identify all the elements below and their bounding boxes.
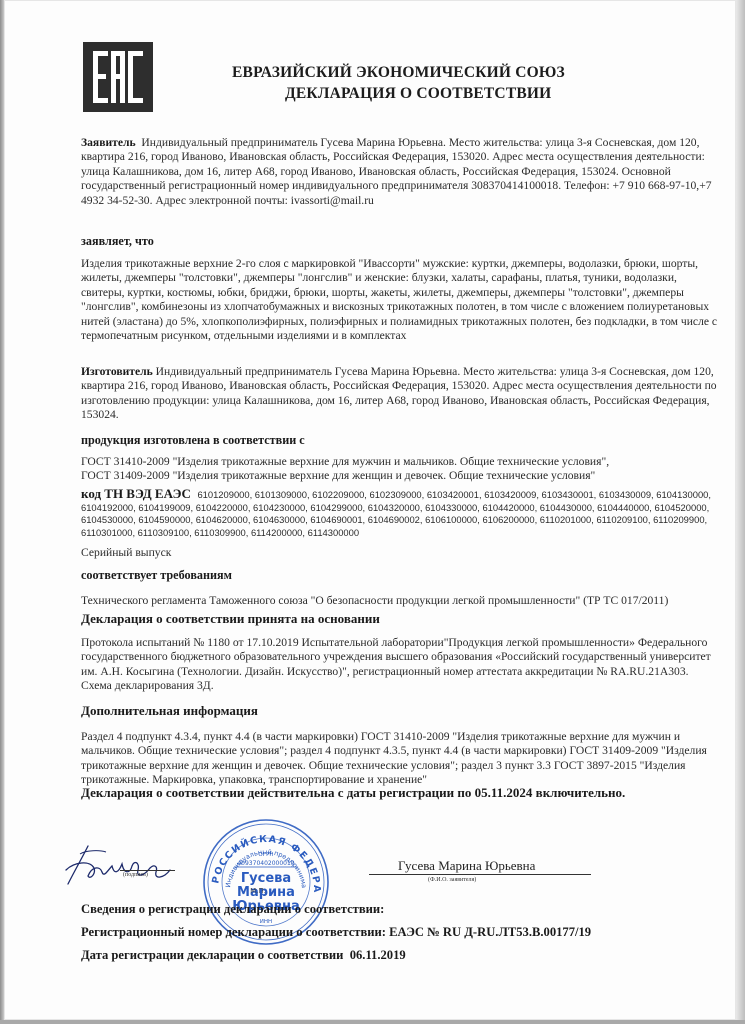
manufacturer-text: Индивидуальный предприниматель Гусева Ма… [81,365,717,421]
document-title: ЕВРАЗИЙСКИЙ ЭКОНОМИЧЕСКИЙ СОЮЗ ДЕКЛАРАЦИ… [232,62,612,104]
registration-number: ЕАЭС № RU Д-RU.ЛТ53.В.00177/19 [389,925,591,939]
requirements-text: Технического регламента Таможенного союз… [81,594,721,608]
svg-text:409370402000010: 409370402000010 [237,860,294,867]
applicant-text: Индивидуальный предприниматель Гусева Ма… [81,136,712,207]
applicant-fio: Гусева Марина Юрьевна [398,858,535,874]
svg-text:Марина: Марина [237,885,295,900]
signature-caption: (подпись) [123,872,148,878]
applicant-label: Заявитель [81,136,136,149]
fio-caption: (Ф.И.О. заявителя) [428,877,476,883]
basis-heading: Декларация о соответствии принята на осн… [81,612,721,627]
hs-codes-label: код ТН ВЭД ЕАЭС [81,486,191,501]
basis-label: Декларация о соответствии принята на осн… [81,611,380,626]
scan-edge-right [736,0,745,1024]
standard-line-2: ГОСТ 31409-2009 "Изделия трикотажные вер… [81,469,721,483]
standard-line-1: ГОСТ 31410-2009 "Изделия трикотажные вер… [81,455,721,469]
manufacturer-section: Изготовитель Индивидуальный предпринимат… [81,365,721,423]
manufacturer-label: Изготовитель [81,365,153,378]
svg-text:ОГРН: ОГРН [258,852,273,858]
requirements-heading: соответствует требованиям [81,568,721,583]
svg-text:М.П.: М.П. [250,887,266,895]
registration-date-line: Дата регистрации декларации о соответств… [81,948,406,963]
additional-label: Дополнительная информация [81,703,258,718]
hs-codes-section: код ТН ВЭД ЕАЭС 6101209000, 6101309000, … [81,488,721,539]
product-description: Изделия трикотажные верхние 2-го слоя с … [81,257,721,343]
svg-text:Гусева: Гусева [241,871,291,886]
registration-heading: Сведения о регистрации декларации о соот… [81,902,384,917]
additional-text: Раздел 4 подпункт 4.3.4, пункт 4.4 (в ча… [81,730,721,788]
basis-text: Протокола испытаний № 1180 от 17.10.2019… [81,636,721,694]
additional-heading: Дополнительная информация [81,704,721,719]
declares-heading: заявляет, что [81,234,154,248]
eac-logo-icon [83,42,153,112]
signature-line [120,870,175,871]
registration-date-label: Дата регистрации декларации о соответств… [81,948,343,962]
applicant-section: Заявитель Индивидуальный предприниматель… [81,136,721,208]
title-union: ЕВРАЗИЙСКИЙ ЭКОНОМИЧЕСКИЙ СОЮЗ [232,62,612,83]
requirements-label: соответствует требованиям [81,568,232,582]
registration-date: 06.11.2019 [350,948,406,962]
signature-scribble [60,840,180,890]
produced-per-label: продукция изготовлена в соответствии с [81,433,305,447]
registration-number-label: Регистрационный номер декларации о соотв… [81,925,386,939]
validity-text: Декларация о соответствии действительна … [81,785,625,800]
produced-per-heading: продукция изготовлена в соответствии с [81,433,721,448]
registration-number-line: Регистрационный номер декларации о соотв… [81,925,591,940]
title-declaration: ДЕКЛАРАЦИЯ О СООТВЕТСТВИИ [232,83,612,104]
serial-release: Серийный выпуск [81,546,721,560]
declares-label: заявляет, что [81,234,721,249]
fio-line [369,874,591,875]
validity-statement: Декларация о соответствии действительна … [81,786,721,801]
scan-edge-bottom [0,1020,745,1024]
